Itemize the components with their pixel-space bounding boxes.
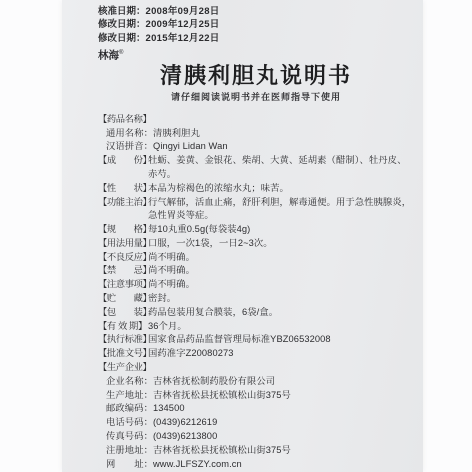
body-line-manufacturer-section: 【生产企业】 (98, 361, 414, 375)
body-line-website: 网 址：www.JLFSZY.com.cn (106, 458, 414, 472)
body-line-precautions: 【注意事项】尚不明确。 (98, 278, 414, 292)
date-row: 修改日期：2009年12月25日 (98, 18, 414, 31)
body-line-packaging: 【包 装】药品包装用复合膜装，6袋/盒。 (98, 306, 414, 320)
body-line-drug-name-section: 【药品名称】 (98, 113, 414, 127)
date-value: 2009年12月25日 (146, 19, 220, 30)
field-value: 每10丸重0.5g(每袋装4g) (148, 224, 250, 234)
field-value: 汉语拼音：Qingyi Lidan Wan (106, 141, 228, 151)
body-line-indications: 【功能主治】行气解郁，活血止痛，舒肝利胆，解毒通便。用于急性胰腺炎，急性胃炎等症… (98, 196, 414, 224)
body-line-ingredients: 【成 份】牡蛎、姜黄、金银花、柴胡、大黄、延胡素（醋制）、牡丹皮、赤芍。 (98, 154, 414, 182)
field-label: 【药品名称】 (98, 113, 148, 127)
field-value: 通用名称：清胰利胆丸 (106, 128, 200, 138)
date-value: 2008年09月28日 (146, 6, 220, 17)
field-value: 传真号码：(0439)6213800 (106, 431, 217, 441)
brand-name: 林海 (98, 50, 119, 62)
field-value: 国药准字Z20080273 (148, 348, 234, 358)
body-line-dosage: 【用法用量】口服，一次1袋，一日2~3次。 (98, 237, 414, 251)
body-line-company-name: 企业名称：吉林省抚松制药股份有限公司 (106, 375, 414, 389)
date-label: 修改日期： (98, 33, 146, 44)
field-label: 【有 效 期】 (98, 320, 148, 334)
field-value: 密封。 (148, 293, 176, 303)
body-line-executive-standard: 【执行标准】国家食品药品监督管理局标准YBZ06532008 (98, 333, 414, 347)
field-label: 【执行标准】 (98, 333, 148, 347)
date-row: 修改日期：2015年12月22日 (98, 32, 414, 45)
body-line-storage: 【贮 藏】密封。 (98, 292, 414, 306)
body-line-generic-name: 通用名称：清胰利胆丸 (106, 127, 414, 141)
field-value: 尚不明确。 (148, 252, 195, 262)
leaflet-title: 清胰利胆丸说明书 (98, 62, 414, 90)
field-value: 企业名称：吉林省抚松制药股份有限公司 (106, 376, 275, 386)
field-value: 电话号码：(0439)6212619 (106, 417, 217, 427)
body-line-approval-number: 【批准文号】国药准字Z20080273 (98, 347, 414, 361)
field-label: 【用法用量】 (98, 237, 148, 251)
date-row: 核准日期：2008年09月28日 (98, 5, 414, 18)
field-label: 【功能主治】 (98, 196, 148, 210)
body-line-description: 【性 状】本品为棕褐色的浓缩水丸；味苦。 (98, 182, 414, 196)
body-line-phone-number: 电话号码：(0439)6212619 (106, 416, 414, 430)
field-value: 国家食品药品监督管理局标准YBZ06532008 (148, 334, 331, 344)
body-line-shelf-life: 【有 效 期】36个月。 (98, 320, 414, 334)
date-value: 2015年12月22日 (146, 33, 220, 44)
field-label: 【生产企业】 (98, 361, 148, 375)
field-value: 注册地址：吉林省抚松县抚松镇松山街375号 (106, 445, 291, 455)
field-label: 【注意事项】 (98, 278, 148, 292)
body-line-pinyin-name: 汉语拼音：Qingyi Lidan Wan (106, 140, 414, 154)
field-value: 行气解郁，活血止痛，舒肝利胆，解毒通便。用于急性胰腺炎，急性胃炎等症。 (148, 197, 411, 221)
field-label: 【禁 忌】 (98, 264, 148, 278)
registered-trademark-mark: ® (119, 50, 123, 56)
body-line-production-address: 生产地址：吉林省抚松县抚松镇松山街375号 (106, 389, 414, 403)
field-label: 【贮 藏】 (98, 292, 148, 306)
field-label: 【包 装】 (98, 306, 148, 320)
brand-row: 林海® (98, 47, 414, 63)
field-value: 口服，一次1袋，一日2~3次。 (148, 238, 273, 248)
field-value: 36个月。 (148, 321, 187, 331)
date-label: 修改日期： (98, 19, 146, 30)
body-line-postal-code: 邮政编码：134500 (106, 402, 414, 416)
leaflet-body: 【药品名称】 通用名称：清胰利胆丸 汉语拼音：Qingyi Lidan Wan … (98, 113, 414, 472)
leaflet-subtitle: 请仔细阅读说明书并在医师指导下使用 (98, 91, 414, 103)
field-label: 【不良反应】 (98, 251, 148, 265)
body-line-adverse-reactions: 【不良反应】尚不明确。 (98, 251, 414, 265)
field-label: 【规 格】 (98, 223, 148, 237)
field-value: 牡蛎、姜黄、金银花、柴胡、大黄、延胡素（醋制）、牡丹皮、赤芍。 (148, 155, 406, 179)
field-value: 网 址：www.JLFSZY.com.cn (106, 459, 242, 469)
field-value: 邮政编码：134500 (106, 403, 185, 413)
field-label: 【性 状】 (98, 182, 148, 196)
body-line-specification: 【规 格】每10丸重0.5g(每袋装4g) (98, 223, 414, 237)
field-label: 【批准文号】 (98, 347, 148, 361)
field-value: 生产地址：吉林省抚松县抚松镇松山街375号 (106, 390, 291, 400)
field-value: 尚不明确。 (148, 279, 195, 289)
field-value: 药品包装用复合膜装，6袋/盒。 (148, 307, 278, 317)
body-line-registered-address: 注册地址：吉林省抚松县抚松镇松山街375号 (106, 444, 414, 458)
body-line-contraindications: 【禁 忌】尚不明确。 (98, 264, 414, 278)
field-label: 【成 份】 (98, 154, 148, 168)
field-value: 本品为棕褐色的浓缩水丸；味苦。 (148, 183, 289, 193)
leaflet-content: 核准日期：2008年09月28日 修改日期：2009年12月25日 修改日期：2… (98, 5, 414, 471)
approval-dates: 核准日期：2008年09月28日 修改日期：2009年12月25日 修改日期：2… (98, 5, 414, 45)
body-line-fax-number: 传真号码：(0439)6213800 (106, 430, 414, 444)
date-label: 核准日期： (98, 6, 146, 17)
leaflet-paper: 核准日期：2008年09月28日 修改日期：2009年12月25日 修改日期：2… (62, 0, 423, 472)
photo-background: 核准日期：2008年09月28日 修改日期：2009年12月25日 修改日期：2… (0, 0, 472, 472)
field-value: 尚不明确。 (148, 265, 195, 275)
